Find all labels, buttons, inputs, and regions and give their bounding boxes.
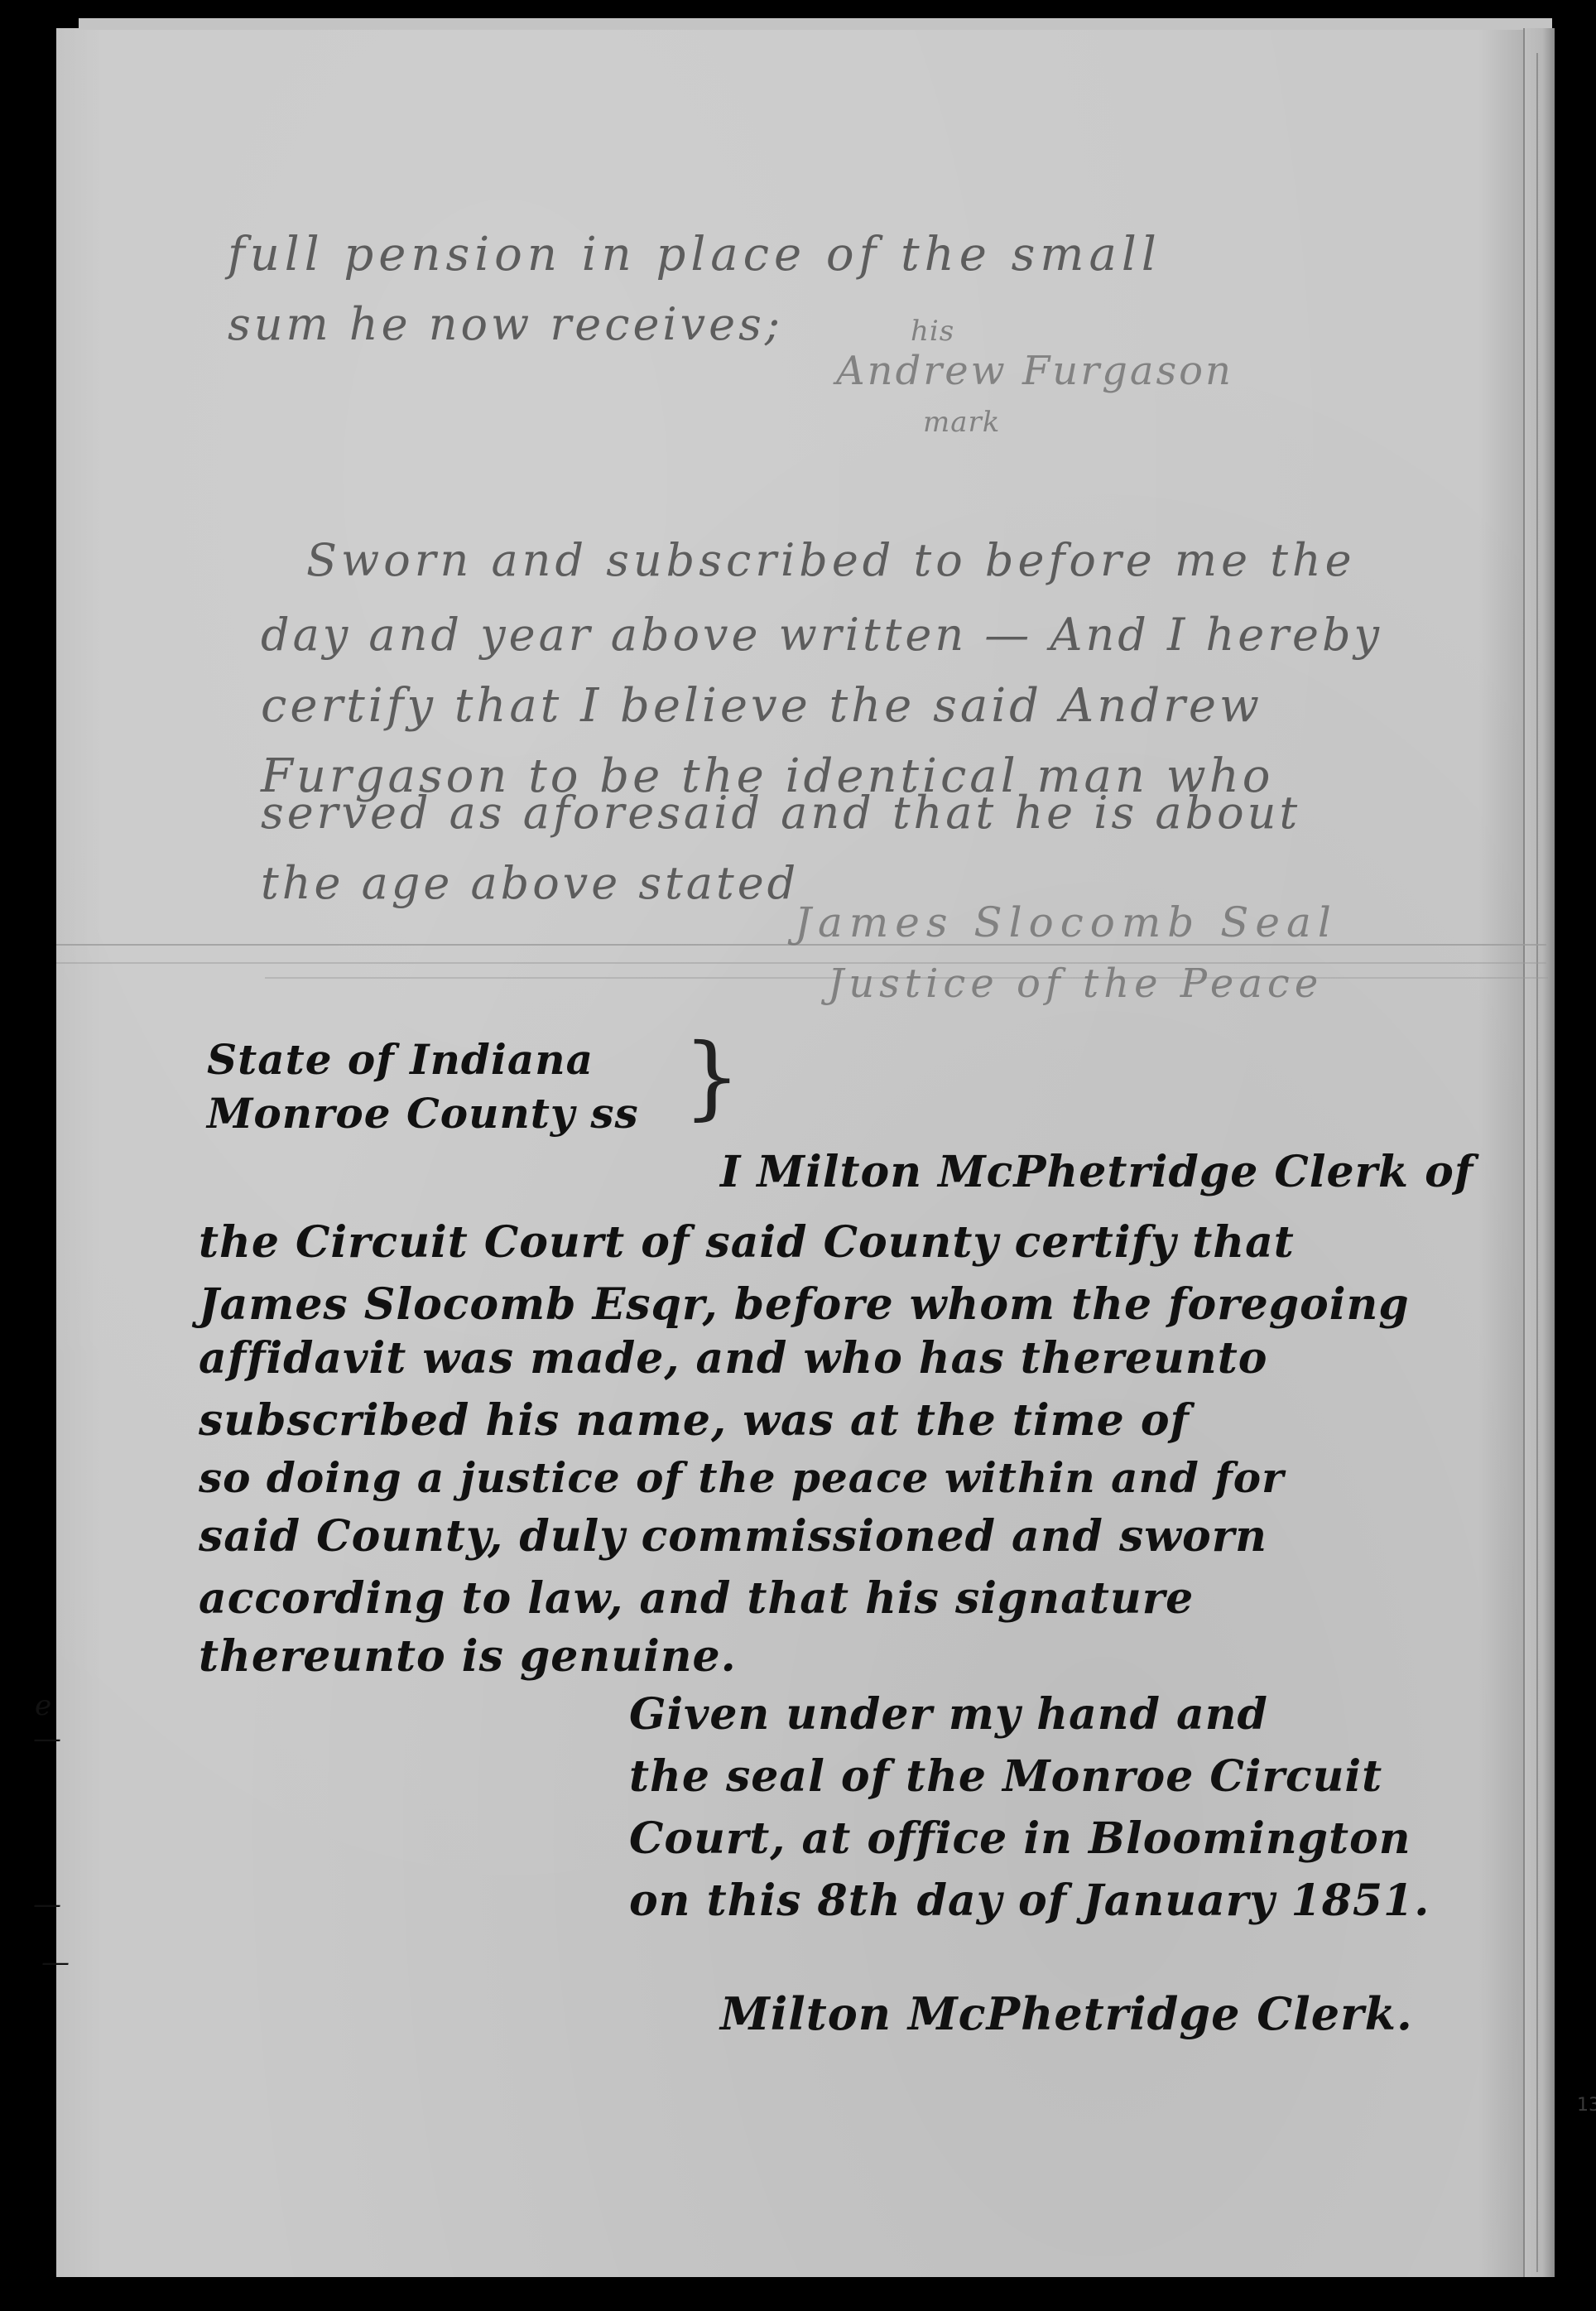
venue-county: Monroe County ss <box>207 1089 639 1138</box>
signature-mark: mark <box>923 406 1000 439</box>
signature-name: Andrew Furgason <box>836 348 1233 394</box>
clerk-line: subscribed his name, was at the time of <box>199 1395 1190 1446</box>
attestation-line: the seal of the Monroe Circuit <box>629 1751 1382 1802</box>
attestation-line: Court, at office in Bloomington <box>629 1813 1411 1864</box>
margin-mark: — <box>33 1888 61 1921</box>
clerk-line: I Milton McPhetridge Clerk of <box>720 1147 1473 1197</box>
clerk-line: according to law, and that his signature <box>199 1573 1194 1624</box>
clerk-line: said County, duly commissioned and sworn <box>199 1511 1267 1562</box>
certificate-line: certify that I believe the said Andrew <box>261 679 1262 733</box>
affidavit-line: full pension in place of the small <box>228 228 1161 282</box>
certificate-line: day and year above written — And I hereb… <box>261 609 1382 661</box>
clerk-line: so doing a justice of the peace within a… <box>199 1453 1284 1502</box>
attestation-line: on this 8th day of January 1851. <box>629 1875 1430 1926</box>
certificate-line: Sworn and subscribed to before me the <box>306 534 1356 586</box>
justice-title: Justice of the Peace <box>828 961 1323 1007</box>
clerk-line: affidavit was made, and who has thereunt… <box>199 1333 1267 1384</box>
attestation-line: Given under my hand and <box>629 1689 1268 1740</box>
clerk-line: James Slocomb Esqr, before whom the fore… <box>199 1279 1410 1330</box>
justice-signature: James Slocomb Seal <box>795 898 1338 946</box>
clerk-line: thereunto is genuine. <box>199 1631 737 1682</box>
paper-top-edge <box>79 0 1552 28</box>
signature-his: his <box>911 315 954 348</box>
venue-bracket: } <box>683 1031 741 1122</box>
certificate-line: the age above stated <box>261 857 799 909</box>
margin-mark: — <box>41 1946 70 1979</box>
affidavit-line: sum he now receives; <box>228 298 783 350</box>
venue-state: State of Indiana <box>207 1035 594 1084</box>
page-fold-edge <box>1523 28 1555 2277</box>
page-number: 13 <box>1577 2095 1596 2116</box>
certificate-line: served as aforesaid and that he is about <box>261 787 1300 839</box>
margin-mark: — <box>33 1722 61 1755</box>
margin-mark: e <box>35 1689 51 1722</box>
clerk-signature: Milton McPhetridge Clerk. <box>720 1987 1413 2040</box>
clerk-line: the Circuit Court of said County certify… <box>199 1217 1295 1268</box>
